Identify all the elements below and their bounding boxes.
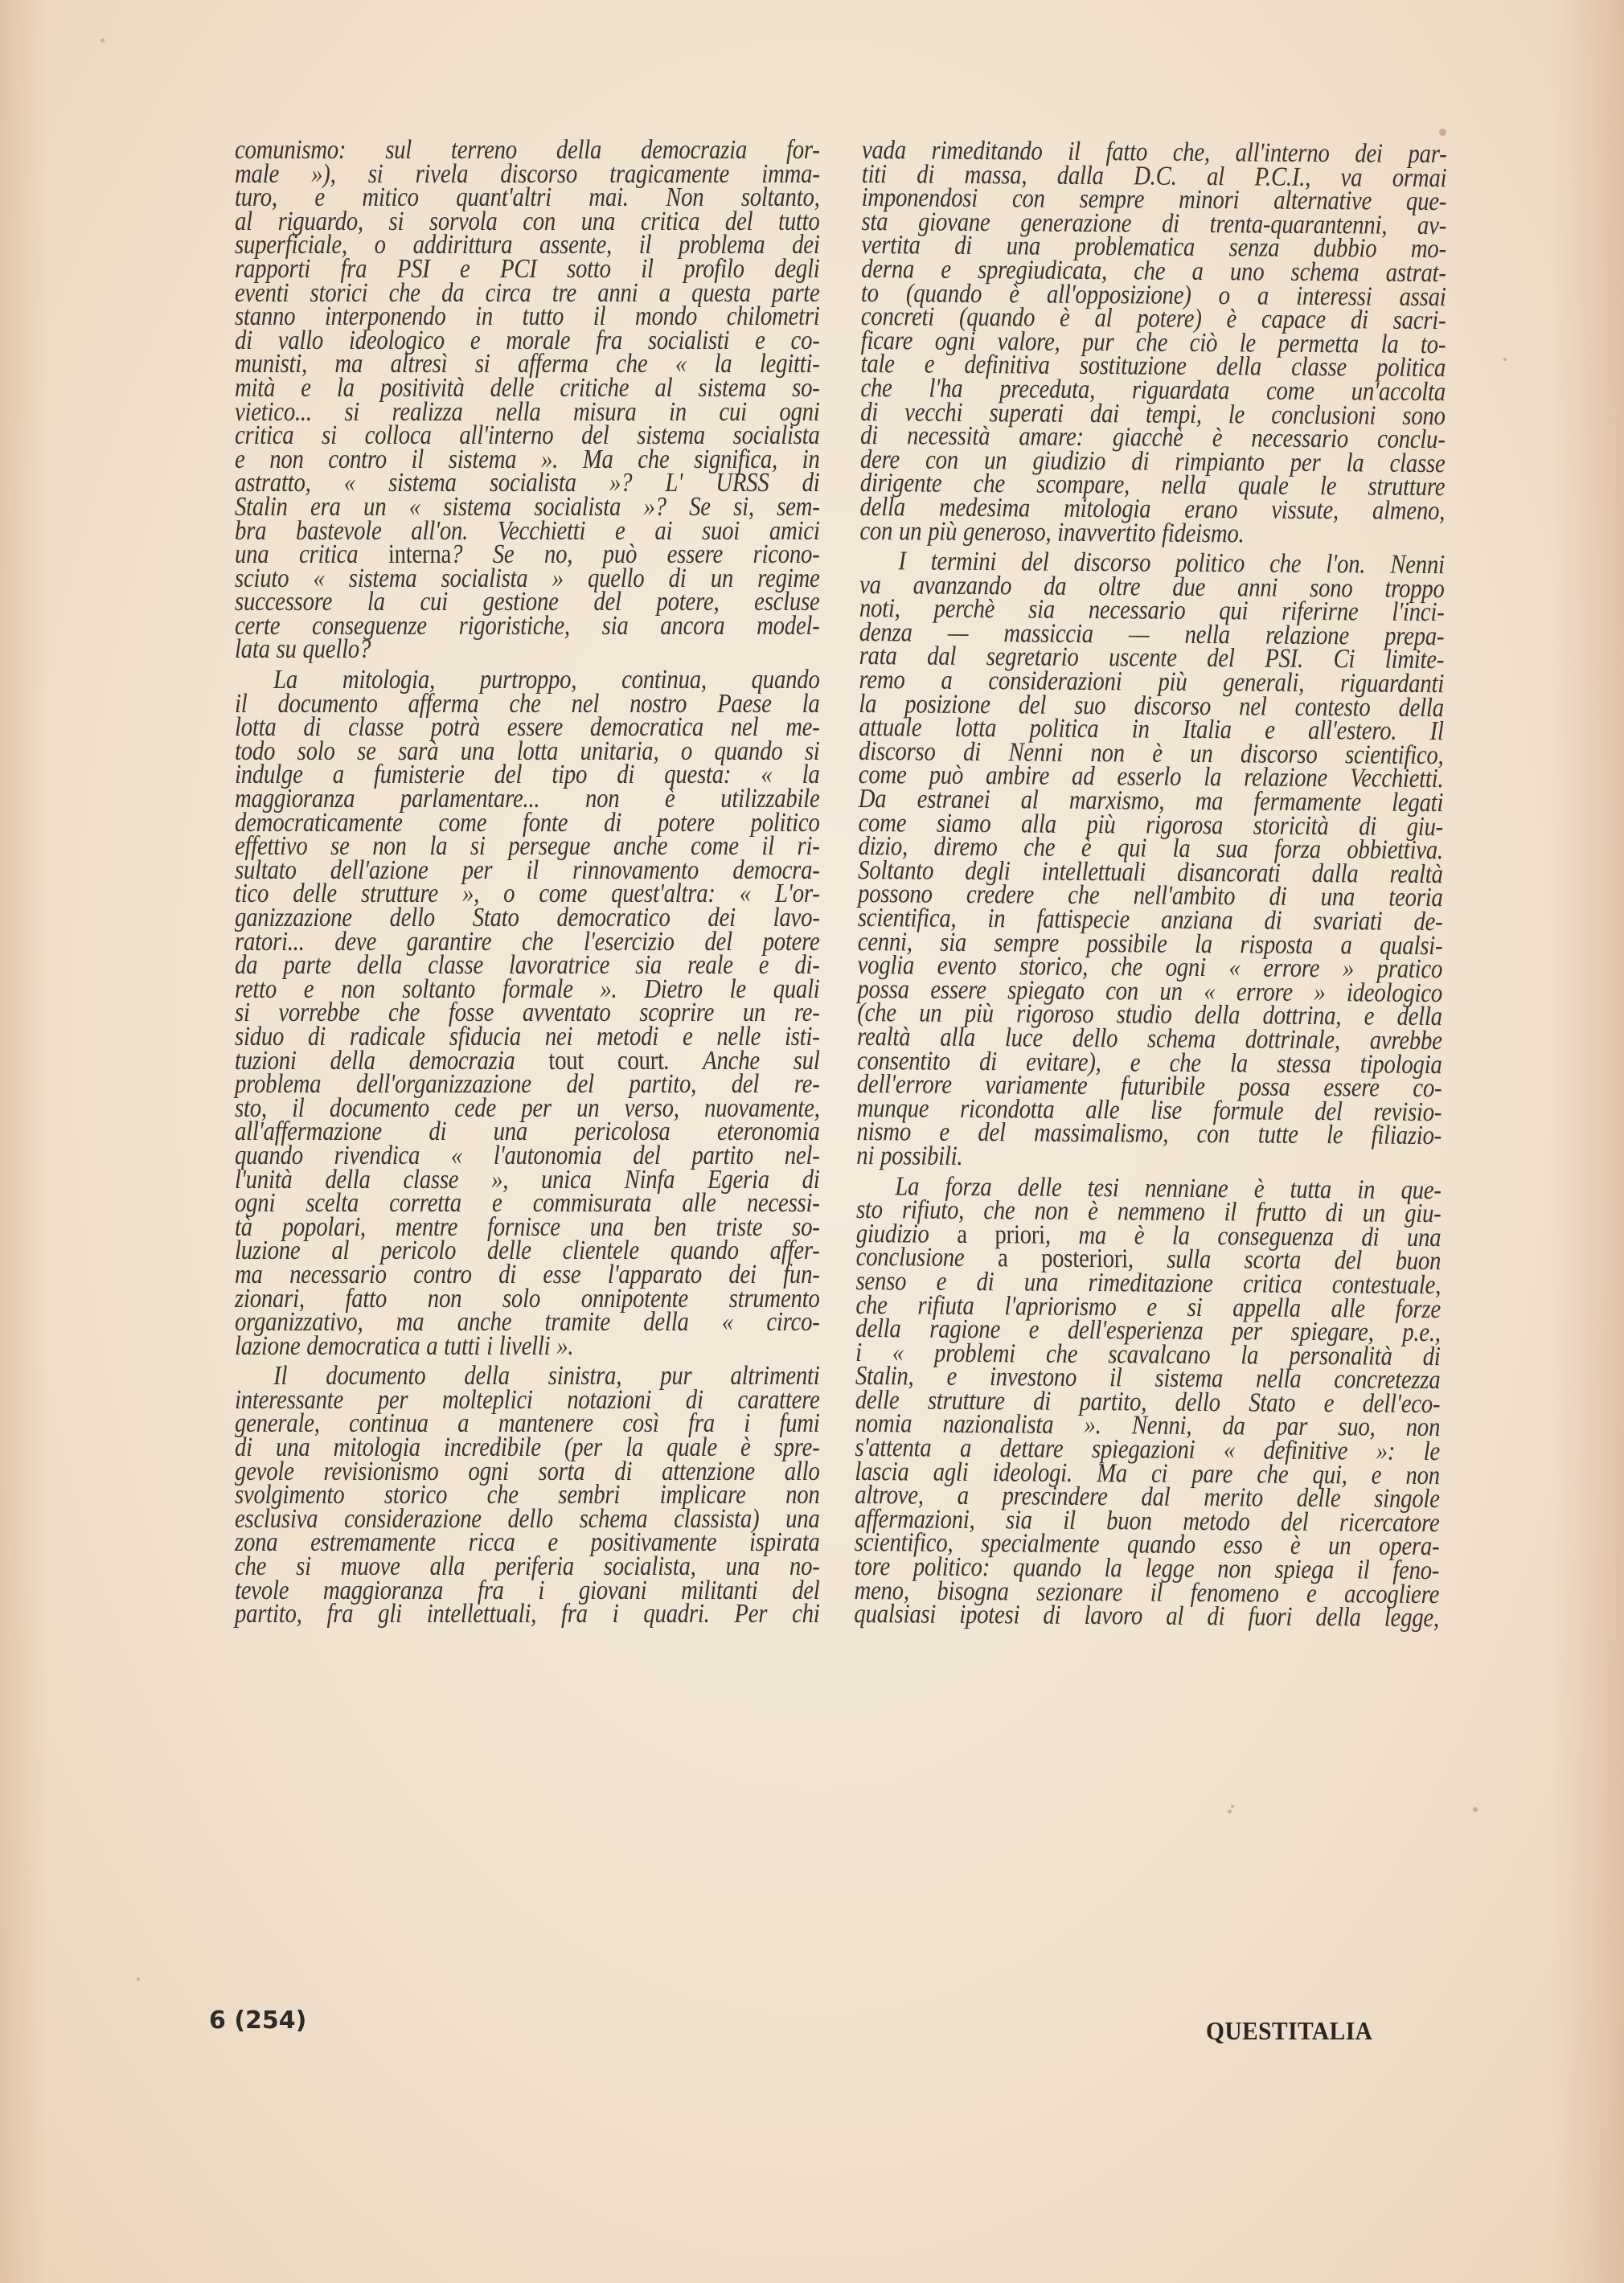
article-column-right: vada rimeditando il fatto che, all'inter…	[854, 138, 1446, 1630]
text-line: lazione democratica a tutti i livelli ».	[235, 1334, 820, 1359]
article-column-left: comunismo: sul terreno della democrazia …	[235, 138, 820, 1626]
text-line: qualsiasi ipotesi di lavoro al di fuori …	[854, 1602, 1439, 1630]
paper-speck	[1439, 129, 1446, 136]
page-number: 6 (254)	[209, 2006, 306, 2035]
paper-edge-shadow-left	[0, 0, 48, 2283]
paper-speck	[1503, 358, 1507, 361]
paper-speck	[1231, 1805, 1234, 1808]
paper-speck	[1228, 1810, 1232, 1814]
paper-speck	[137, 1978, 140, 1981]
text-line: lata su quello?	[235, 637, 820, 662]
publication-name: QUESTITALIA	[1206, 2016, 1372, 2046]
paper-speck	[100, 39, 105, 43]
paper-edge-shadow-right	[1552, 0, 1624, 2283]
text-line: partito, fra gli intellettuali, fra i qu…	[235, 1602, 820, 1626]
paper-speck	[1473, 1807, 1478, 1812]
